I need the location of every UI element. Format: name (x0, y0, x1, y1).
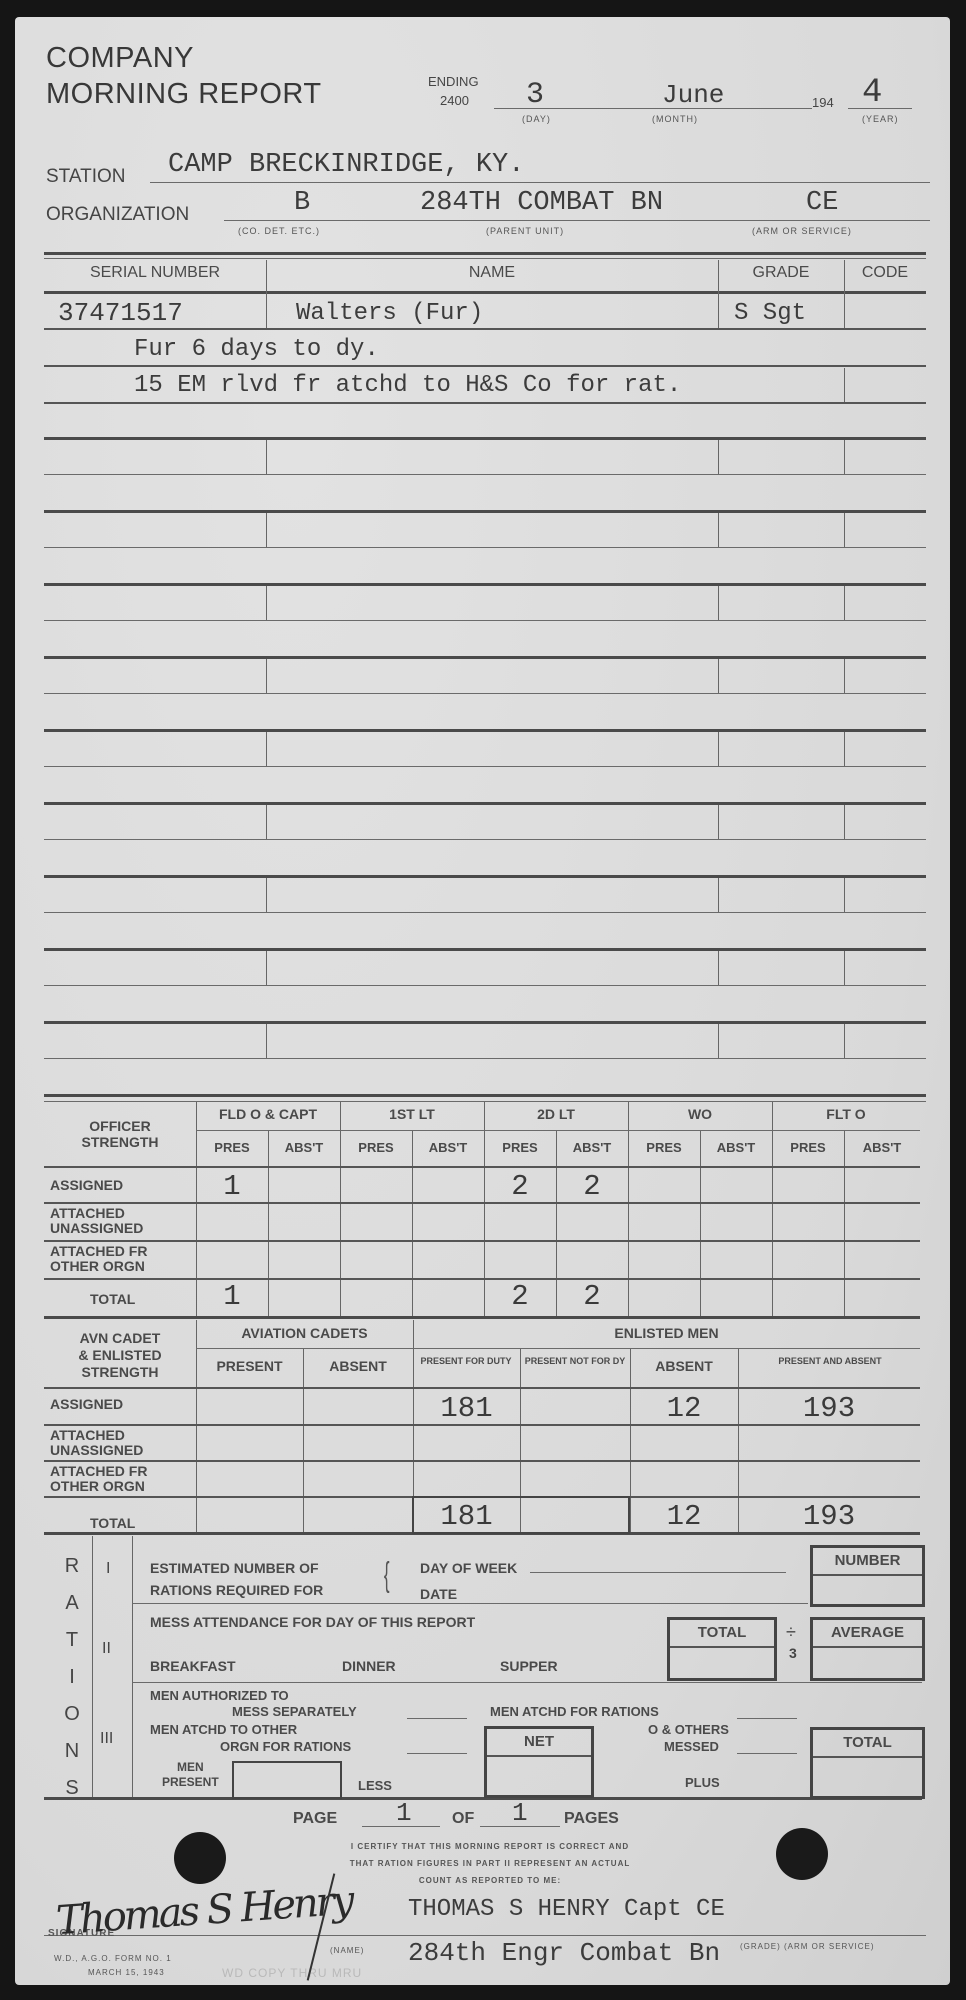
col-header-serial: SERIAL NUMBER (44, 264, 266, 282)
remark-line-2: 15 EM rlvd fr atchd to H&S Co for rat. (134, 372, 681, 399)
officer-group-1st-lt: 1ST LT (340, 1106, 484, 1122)
men-present-box[interactable] (232, 1761, 342, 1799)
col-header-grade: GRADE (718, 264, 844, 282)
org-parent-caption: (PARENT UNIT) (486, 226, 564, 236)
col-cadets-present: PRESENT (196, 1358, 303, 1374)
punch-hole-right (776, 1828, 828, 1880)
officer-group-fld-capt: FLD O & CAPT (196, 1106, 340, 1122)
officer-strength-title: OFFICERSTRENGTH (60, 1118, 180, 1150)
year-caption: (YEAR) (862, 114, 899, 124)
sub-abst: ABS'T (412, 1140, 484, 1155)
station-label: STATION (46, 166, 126, 188)
part1-label-2: RATIONS REQUIRED FOR (150, 1582, 323, 1598)
officer-total-fld-pres: 1 (196, 1280, 268, 1313)
group-enlisted-men: ENLISTED MEN (413, 1325, 920, 1341)
day-caption: (DAY) (522, 114, 551, 124)
officer-group-wo: WO (628, 1106, 772, 1122)
part1-label-1: ESTIMATED NUMBER OF (150, 1560, 319, 1576)
divide-icon: ÷ (786, 1622, 796, 1643)
sub-pres: PRES (772, 1140, 844, 1155)
form-date: MARCH 15, 1943 (88, 1968, 165, 1977)
men-present-label: MENPRESENT (162, 1760, 219, 1790)
others-label-2: MESSED (664, 1739, 719, 1754)
others-label-1: O & OTHERS (648, 1722, 729, 1737)
row-label-assigned: ASSIGNED (50, 1177, 123, 1193)
page-label: PAGE (293, 1810, 337, 1828)
officer-assigned-2dlt-abst: 2 (556, 1170, 628, 1203)
signer-unit: 284th Engr Combat Bn (408, 1938, 720, 1968)
pages-label: PAGES (564, 1810, 619, 1828)
plus-label: PLUS (685, 1775, 720, 1790)
em-total-absent: 12 (630, 1500, 738, 1533)
org-company: B (294, 188, 310, 218)
row-label-total: TOTAL (90, 1291, 135, 1307)
org-arm-caption: (ARM OR SERVICE) (752, 226, 852, 236)
auth-label-1: MEN AUTHORIZED TO (150, 1688, 289, 1703)
sub-abst: ABS'T (700, 1140, 772, 1155)
em-total-present-and-absent: 193 (738, 1500, 920, 1533)
entry-serial: 37471517 (58, 298, 183, 328)
sub-abst: ABS'T (844, 1140, 920, 1155)
page-total: 1 (512, 1798, 528, 1828)
remark-line-1: Fur 6 days to dy. (134, 336, 379, 363)
grade-caption: (GRADE) (ARM OR SERVICE) (740, 1942, 875, 1951)
entry-name: Walters (Fur) (296, 300, 483, 327)
officer-group-2d-lt: 2D LT (484, 1106, 628, 1122)
ending-label: ENDING (428, 74, 479, 89)
row-label-assigned: ASSIGNED (50, 1396, 123, 1412)
org-arm: CE (806, 188, 838, 218)
em-assigned-absent: 12 (630, 1392, 738, 1425)
day-of-week-label: DAY OF WEEK (420, 1560, 517, 1576)
group-aviation-cadets: AVIATION CADETS (196, 1325, 413, 1341)
of-label: OF (452, 1810, 474, 1828)
station-value: CAMP BRECKINRIDGE, KY. (168, 150, 524, 180)
row-label-attached-unassigned: ATTACHEDUNASSIGNED (50, 1206, 143, 1236)
sub-abst: ABS'T (556, 1140, 628, 1155)
date-label: DATE (420, 1586, 457, 1602)
part2-numeral: II (102, 1640, 111, 1658)
net-box[interactable]: NET (484, 1726, 594, 1798)
number-box[interactable]: NUMBER (810, 1545, 925, 1607)
year-prefix: 194 (812, 95, 834, 110)
row-label-total: TOTAL (90, 1515, 135, 1531)
em-total-present-for-duty: 181 (413, 1500, 520, 1533)
report-year-suffix: 4 (862, 74, 882, 112)
col-em-present-and-absent: PRESENT AND ABSENT (760, 1354, 900, 1368)
sub-pres: PRES (340, 1140, 412, 1155)
month-caption: (MONTH) (652, 114, 698, 124)
divide-by: 3 (789, 1645, 797, 1661)
col-header-name: NAME (266, 264, 718, 282)
less-label: LESS (358, 1778, 392, 1793)
atchd-other-label-1: MEN ATCHD TO OTHER (150, 1722, 297, 1737)
auth-label-2: MESS SEPARATELY (232, 1704, 357, 1719)
brace-icon: { (384, 1556, 390, 1595)
page-number: 1 (396, 1798, 412, 1828)
officer-total-2dlt-pres: 2 (484, 1280, 556, 1313)
officer-assigned-fld-pres: 1 (196, 1170, 268, 1203)
form-title-line2: MORNING REPORT (46, 78, 322, 111)
sub-pres: PRES (628, 1140, 700, 1155)
part3-total-box[interactable]: TOTAL (810, 1727, 925, 1799)
col-header-code: CODE (844, 264, 926, 282)
row-label-attached-other: ATTACHED FROTHER ORGN (50, 1464, 147, 1494)
sub-abst: ABS'T (268, 1140, 340, 1155)
part1-numeral: I (106, 1560, 110, 1578)
supper-label: SUPPER (500, 1658, 558, 1674)
punch-hole-left (174, 1832, 226, 1884)
report-month: June (662, 80, 724, 110)
form-title-line1: COMPANY (46, 42, 194, 75)
col-em-absent: ABSENT (630, 1358, 738, 1374)
org-parent-unit: 284TH COMBAT BN (420, 188, 663, 218)
enlisted-strength-title: AVN CADET& ENLISTEDSTRENGTH (60, 1330, 180, 1381)
atchd-rations-label: MEN ATCHD FOR RATIONS (490, 1704, 659, 1719)
report-day: 3 (526, 78, 544, 112)
officer-assigned-2dlt-pres: 2 (484, 1170, 556, 1203)
org-company-caption: (CO. DET. ETC.) (238, 226, 320, 236)
col-cadets-absent: ABSENT (303, 1358, 413, 1374)
mess-total-box[interactable]: TOTAL (667, 1617, 777, 1681)
sub-pres: PRES (484, 1140, 556, 1155)
organization-label: ORGANIZATION (46, 204, 189, 226)
em-assigned-present-and-absent: 193 (738, 1392, 920, 1425)
row-label-attached-other: ATTACHED FROTHER ORGN (50, 1244, 147, 1274)
form-number: W.D., A.G.O. FORM NO. 1 (54, 1954, 172, 1963)
officer-group-flt-o: FLT O (772, 1106, 920, 1122)
em-assigned-present-for-duty: 181 (413, 1392, 520, 1425)
ending-time-label: 2400 (440, 93, 469, 108)
sub-pres: PRES (196, 1140, 268, 1155)
wd-copy-stamp: WD COPY THRU MRU (222, 1966, 362, 1980)
col-em-present-for-duty: PRESENT FOR DUTY (418, 1354, 514, 1368)
dinner-label: DINNER (342, 1658, 396, 1674)
officer-total-2dlt-abst: 2 (556, 1280, 628, 1313)
entry-grade: S Sgt (734, 300, 806, 327)
rations-side-label: RATIONS (62, 1548, 82, 1807)
average-box[interactable]: AVERAGE (810, 1617, 925, 1681)
atchd-other-label-2: ORGN FOR RATIONS (220, 1739, 351, 1754)
col-em-present-not-for-duty: PRESENT NOT FOR DY (524, 1354, 626, 1368)
part3-numeral: III (100, 1730, 113, 1748)
row-label-attached-unassigned: ATTACHEDUNASSIGNED (50, 1428, 143, 1458)
name-caption: (NAME) (330, 1946, 364, 1955)
mess-attendance-label: MESS ATTENDANCE FOR DAY OF THIS REPORT (150, 1614, 475, 1630)
breakfast-label: BREAKFAST (150, 1658, 236, 1674)
signer-name: THOMAS S HENRY Capt CE (408, 1896, 725, 1923)
